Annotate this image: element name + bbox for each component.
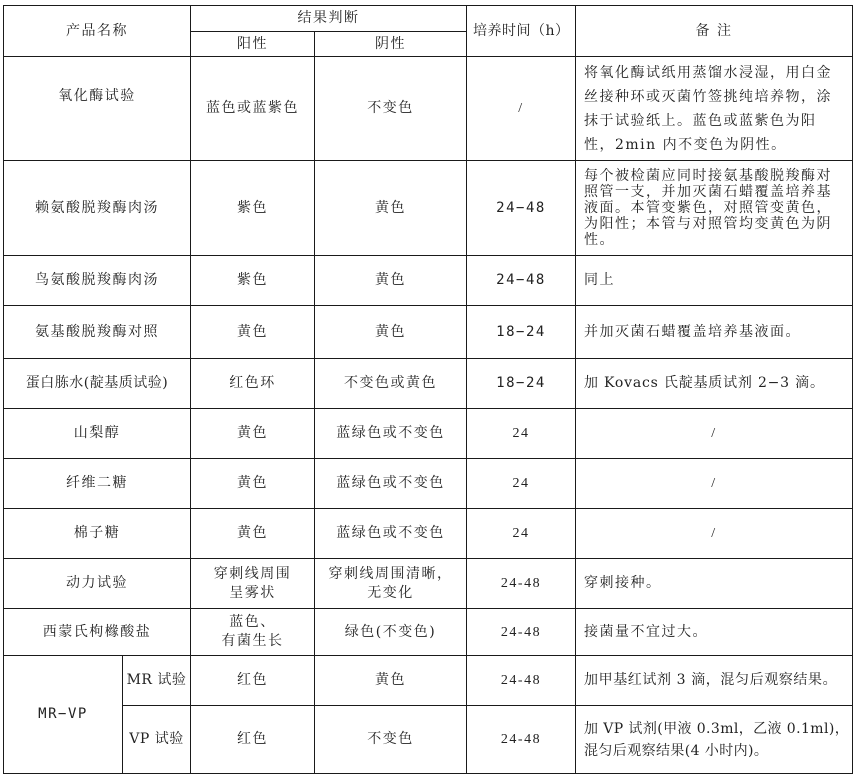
header-negative: 阴性 — [315, 32, 467, 57]
product-name: 蛋白胨水(靛基质试验) — [4, 359, 191, 409]
culture-time: 24 — [467, 459, 576, 509]
culture-time: 18−24 — [467, 359, 576, 409]
sub-test-name: VP 试验 — [123, 706, 191, 774]
positive-result: 黄色 — [191, 409, 315, 459]
product-name: 动力试验 — [4, 559, 191, 609]
negative-result: 蓝绿色或不变色 — [315, 509, 467, 559]
table-row: 纤维二糖 黄色 蓝绿色或不变色 24 / — [4, 459, 853, 509]
remark: 接菌量不宜过大。 — [576, 609, 853, 656]
remark: 加 VP 试剂(甲液 0.3ml，乙液 0.1ml)， 混匀后观察结果(4 小时… — [576, 706, 853, 774]
header-remarks: 备 注 — [576, 6, 853, 57]
table-row: 西蒙氏枸橼酸盐 蓝色、 有菌生长 绿色(不变色) 24-48 接菌量不宜过大。 — [4, 609, 853, 656]
remark: / — [576, 409, 853, 459]
positive-result: 黄色 — [191, 306, 315, 359]
remark: / — [576, 509, 853, 559]
product-name: 鸟氨酸脱羧酶肉汤 — [4, 256, 191, 306]
positive-line-2: 有菌生长 — [197, 632, 308, 651]
positive-result: 紫色 — [191, 161, 315, 256]
header-row-1: 产品名称 结果判断 培养时间（h） 备 注 — [4, 6, 853, 32]
culture-time: 24-48 — [467, 656, 576, 706]
culture-time: 24−48 — [467, 161, 576, 256]
header-culture-time: 培养时间（h） — [467, 6, 576, 57]
negative-result: 蓝绿色或不变色 — [315, 459, 467, 509]
table-row: 赖氨酸脱羧酶肉汤 紫色 黄色 24−48 每个被检菌应同时接氨基酸脱羧酶对照管一… — [4, 161, 853, 256]
table-row: 山梨醇 黄色 蓝绿色或不变色 24 / — [4, 409, 853, 459]
negative-line-1: 穿刺线周围清晰， — [321, 565, 460, 584]
remark-line-2: 混匀后观察结果(4 小时内)。 — [584, 740, 846, 762]
remark: 穿刺接种。 — [576, 559, 853, 609]
positive-result: 黄色 — [191, 509, 315, 559]
negative-result: 穿刺线周围清晰， 无变化 — [315, 559, 467, 609]
product-name: 赖氨酸脱羧酶肉汤 — [4, 161, 191, 256]
positive-result: 蓝色或蓝紫色 — [191, 57, 315, 161]
positive-line-1: 蓝色、 — [197, 613, 308, 632]
remark: 每个被检菌应同时接氨基酸脱羧酶对照管一支，并加灭菌石蜡覆盖培养基液面。本管变紫色… — [576, 161, 853, 256]
negative-result: 绿色(不变色) — [315, 609, 467, 656]
test-results-table: 产品名称 结果判断 培养时间（h） 备 注 阳性 阴性 氧化酶试验 蓝色或蓝紫色… — [3, 5, 853, 774]
product-name: 山梨醇 — [4, 409, 191, 459]
table-row: 蛋白胨水(靛基质试验) 红色环 不变色或黄色 18−24 加 Kovacs 氏靛… — [4, 359, 853, 409]
culture-time: 24−48 — [467, 256, 576, 306]
negative-line-2: 无变化 — [321, 584, 460, 603]
negative-result: 不变色 — [315, 57, 467, 161]
positive-result: 红色 — [191, 656, 315, 706]
culture-time: 24-48 — [467, 609, 576, 656]
positive-line-1: 穿刺线周围 — [197, 565, 308, 584]
positive-result: 蓝色、 有菌生长 — [191, 609, 315, 656]
product-name: 氨基酸脱羧酶对照 — [4, 306, 191, 359]
positive-result: 红色环 — [191, 359, 315, 409]
product-name: 氧化酶试验 — [4, 57, 191, 161]
remark: 将氧化酶试纸用蒸馏水浸湿，用白金丝接种环或灭菌竹签挑纯培养物，涂抹于试验纸上。蓝… — [576, 57, 853, 161]
negative-result: 蓝绿色或不变色 — [315, 409, 467, 459]
remark: 加 Kovacs 氏靛基质试剂 2−3 滴。 — [576, 359, 853, 409]
mrvp-group-name: MR−VP — [4, 656, 123, 774]
remark: 并加灭菌石蜡覆盖培养基液面。 — [576, 306, 853, 359]
negative-result: 不变色或黄色 — [315, 359, 467, 409]
table-row: 鸟氨酸脱羧酶肉汤 紫色 黄色 24−48 同上 — [4, 256, 853, 306]
culture-time: 24-48 — [467, 706, 576, 774]
sub-test-name: MR 试验 — [123, 656, 191, 706]
negative-result: 黄色 — [315, 306, 467, 359]
remark-line-1: 加 VP 试剂(甲液 0.3ml，乙液 0.1ml)， — [584, 718, 846, 740]
culture-time: 18−24 — [467, 306, 576, 359]
header-result-group: 结果判断 — [191, 6, 467, 32]
table-row: 氨基酸脱羧酶对照 黄色 黄色 18−24 并加灭菌石蜡覆盖培养基液面。 — [4, 306, 853, 359]
positive-result: 黄色 — [191, 459, 315, 509]
culture-time: 24-48 — [467, 559, 576, 609]
remark: / — [576, 459, 853, 509]
positive-result: 穿刺线周围 呈雾状 — [191, 559, 315, 609]
product-name: 西蒙氏枸橼酸盐 — [4, 609, 191, 656]
positive-line-2: 呈雾状 — [197, 584, 308, 603]
remark: 同上 — [576, 256, 853, 306]
header-positive: 阳性 — [191, 32, 315, 57]
negative-result: 不变色 — [315, 706, 467, 774]
negative-result: 黄色 — [315, 656, 467, 706]
header-product-name: 产品名称 — [4, 6, 191, 57]
culture-time: 24 — [467, 509, 576, 559]
table-row-vp: VP 试验 红色 不变色 24-48 加 VP 试剂(甲液 0.3ml，乙液 0… — [4, 706, 853, 774]
negative-result: 黄色 — [315, 161, 467, 256]
product-name: 棉子糖 — [4, 509, 191, 559]
culture-time: / — [467, 57, 576, 161]
remark: 加甲基红试剂 3 滴，混匀后观察结果。 — [576, 656, 853, 706]
positive-result: 红色 — [191, 706, 315, 774]
culture-time: 24 — [467, 409, 576, 459]
table-row: 动力试验 穿刺线周围 呈雾状 穿刺线周围清晰， 无变化 24-48 穿刺接种。 — [4, 559, 853, 609]
negative-result: 黄色 — [315, 256, 467, 306]
positive-result: 紫色 — [191, 256, 315, 306]
product-name: 纤维二糖 — [4, 459, 191, 509]
table-row-mr: MR−VP MR 试验 红色 黄色 24-48 加甲基红试剂 3 滴，混匀后观察… — [4, 656, 853, 706]
table-row: 棉子糖 黄色 蓝绿色或不变色 24 / — [4, 509, 853, 559]
table-row: 氧化酶试验 蓝色或蓝紫色 不变色 / 将氧化酶试纸用蒸馏水浸湿，用白金丝接种环或… — [4, 57, 853, 161]
